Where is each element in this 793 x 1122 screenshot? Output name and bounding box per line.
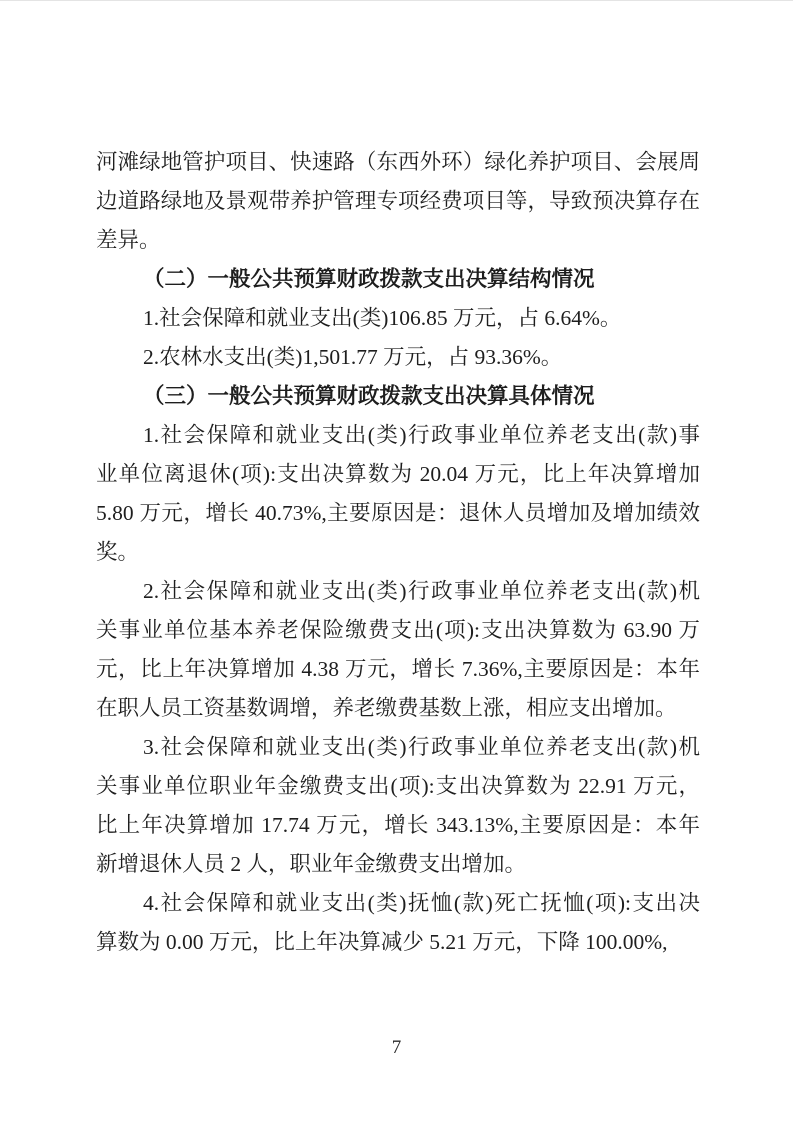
document-page: 河滩绿地管护项目、快速路（东西外环）绿化养护项目、会展周边道路绿地及景观带养护管… [0, 0, 793, 1122]
paragraph: 2.农林水支出(类)1,501.77 万元，占 93.36%。 [96, 338, 700, 377]
paragraph: 2.社会保障和就业支出(类)行政事业单位养老支出(款)机关事业单位基本养老保险缴… [96, 572, 700, 728]
text-line: 奖。 [96, 533, 700, 572]
paragraph: 4.社会保障和就业支出(类)抚恤(款)死亡抚恤(项):支出决算数为 0.00 万… [96, 884, 700, 962]
paragraph-continuation: 河滩绿地管护项目、快速路（东西外环）绿化养护项目、会展周边道路绿地及景观带养护管… [96, 143, 700, 260]
page-number: 7 [0, 1037, 793, 1059]
text-line: 差异。 [96, 221, 700, 260]
heading: （二）一般公共预算财政拨款支出决算结构情况 [96, 260, 700, 299]
paragraph: 3.社会保障和就业支出(类)行政事业单位养老支出(款)机关事业单位职业年金缴费支… [96, 728, 700, 884]
text-line: 河滩绿地管护项目、快速路（东西外环）绿化养护项目、会展周 [96, 143, 700, 182]
heading: （三）一般公共预算财政拨款支出决算具体情况 [96, 377, 700, 416]
text-line: 算数为 0.00 万元，比上年决算减少 5.21 万元，下降 100.00%, [96, 923, 700, 962]
text-line: 3.社会保障和就业支出(类)行政事业单位养老支出(款)机 [96, 728, 700, 767]
text-line: 比上年决算增加 17.74 万元，增长 343.13%,主要原因是：本年 [96, 806, 700, 845]
text-line: 1.社会保障和就业支出(类)行政事业单位养老支出(款)事 [96, 416, 700, 455]
text-line: 关事业单位基本养老保险缴费支出(项):支出决算数为 63.90 万 [96, 611, 700, 650]
text-line: 2.农林水支出(类)1,501.77 万元，占 93.36%。 [96, 338, 700, 377]
text-line: 2.社会保障和就业支出(类)行政事业单位养老支出(款)机 [96, 572, 700, 611]
text-line: 元，比上年决算增加 4.38 万元，增长 7.36%,主要原因是：本年 [96, 650, 700, 689]
text-line: 关事业单位职业年金缴费支出(项):支出决算数为 22.91 万元， [96, 767, 700, 806]
text-line: 新增退休人员 2 人，职业年金缴费支出增加。 [96, 845, 700, 884]
text-line: 1.社会保障和就业支出(类)106.85 万元，占 6.64%。 [96, 299, 700, 338]
text-line: 在职人员工资基数调增，养老缴费基数上涨，相应支出增加。 [96, 689, 700, 728]
text-line: 业单位离退休(项):支出决算数为 20.04 万元，比上年决算增加 [96, 455, 700, 494]
text-line: 5.80 万元，增长 40.73%,主要原因是：退休人员增加及增加绩效 [96, 494, 700, 533]
paragraph: 1.社会保障和就业支出(类)行政事业单位养老支出(款)事业单位离退休(项):支出… [96, 416, 700, 572]
document-body: 河滩绿地管护项目、快速路（东西外环）绿化养护项目、会展周边道路绿地及景观带养护管… [96, 143, 700, 962]
text-line: 4.社会保障和就业支出(类)抚恤(款)死亡抚恤(项):支出决 [96, 884, 700, 923]
page-top-edge-line [0, 0, 793, 1]
paragraph: 1.社会保障和就业支出(类)106.85 万元，占 6.64%。 [96, 299, 700, 338]
section-heading: （二）一般公共预算财政拨款支出决算结构情况 [96, 260, 700, 299]
text-line: 边道路绿地及景观带养护管理专项经费项目等，导致预决算存在 [96, 182, 700, 221]
section-heading: （三）一般公共预算财政拨款支出决算具体情况 [96, 377, 700, 416]
